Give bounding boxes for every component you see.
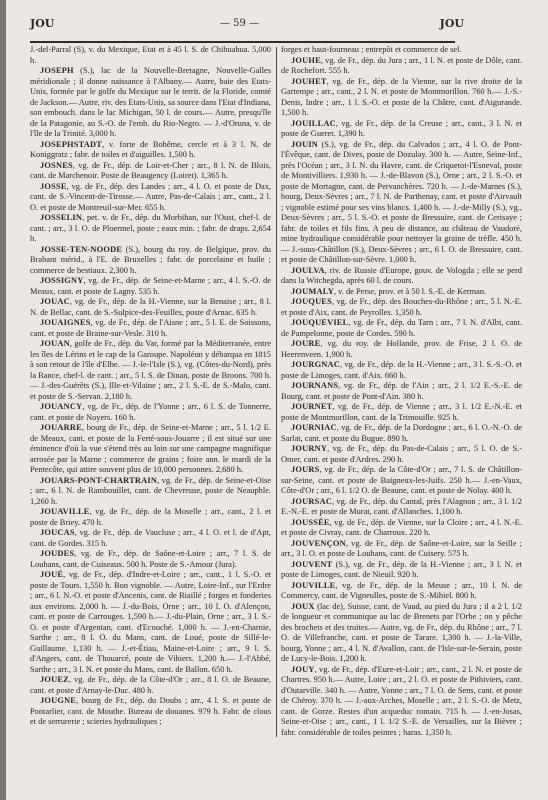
entry-headword: JOUIN — [291, 140, 318, 149]
dictionary-entry: JOUQUEVIEL, vg. de Fr., dép. du Tarn ; a… — [281, 318, 522, 339]
entry-headword: JOUMALY — [291, 287, 334, 296]
entry-headword: JOURE — [291, 339, 320, 348]
entry-headword: JOURNY — [291, 444, 327, 453]
dictionary-entry: JOUANCY, vg. de Fr., dép. de l'Yonne ; a… — [30, 402, 271, 423]
entry-headword: JOUVENÇON — [291, 539, 346, 548]
dictionary-entry: JOUX (lac de), Suisse, cant. de Vaud, au… — [281, 602, 522, 665]
dictionary-entry: JOUAC, vg. de Fr., dép. de la H.-Vienne,… — [30, 297, 271, 318]
entry-headword: JOUHE — [291, 56, 321, 65]
entry-headword: JOUQUEVIEL — [291, 318, 348, 327]
header-rule — [30, 41, 455, 43]
left-running-head: JOU — [30, 17, 54, 30]
entry-headword: JOUÉ — [40, 570, 63, 579]
dictionary-entry: JOUQUES, vg. de Fr., dép. des Bouches-du… — [281, 297, 522, 318]
entry-headword: JOUARRE — [40, 423, 82, 432]
dictionary-entry: J.-del-Parral (S), v. du Mexique, Etat e… — [30, 45, 271, 66]
entry-headword: JOUAN — [40, 339, 70, 348]
dictionary-entry: JOUHET, vg. de Fr., dép. de la Vienne, s… — [281, 77, 522, 119]
entry-headword: JOUAVILLE — [40, 507, 90, 516]
entry-headword: JOURNIAC — [291, 423, 337, 432]
dictionary-entry: JOUILLAC, vg. de Fr., dép. de la Creuse … — [281, 119, 522, 140]
dictionary-entry: JOURS, vg. de Fr., dép. de la Côte-d'Or … — [281, 465, 522, 497]
entry-headword: JOUVILLE — [291, 581, 335, 590]
column-divider — [276, 47, 277, 737]
dictionary-entry: JOURNET, vg. de Fr., dép. de Vienne ; ar… — [281, 402, 522, 423]
dictionary-entry: JOUCAS, vg. de Fr., dép. de Vaucluse ; a… — [30, 528, 271, 549]
dictionary-entry: JOUGNE, bourg de Fr., dép. du Doubs ; ar… — [30, 696, 271, 728]
entry-headword: JOUAC — [40, 297, 70, 306]
entry-headword: JOSSELIN — [40, 213, 82, 222]
dictionary-entry: JOURNANS, vg. de Fr., dép. de l'Ain ; ar… — [281, 381, 522, 402]
dictionary-entry: JOUY, vg. de Fr., dép. d'Eure-et-Loir ; … — [281, 665, 522, 739]
dictionary-entry: JOSSELIN, pet. v. de Fr., dép. du Morbih… — [30, 213, 271, 245]
dictionary-entry: JOSSIGNY, vg. de Fr., dép. de Seine-et-M… — [30, 276, 271, 297]
dictionary-entry: JOSEPH (S.), lac de la Nouvelle-Bretagne… — [30, 66, 271, 140]
entry-headword: JOUY — [291, 665, 315, 674]
entry-text: , vg. de Fr., dép. des Landes ; arr., 4 … — [30, 182, 271, 212]
dictionary-entry: JOUAIGNES, vg. de Fr., dép. de l'Aisne ;… — [30, 318, 271, 339]
entry-headword: JOURSAC — [291, 497, 332, 506]
entry-text: forges et haut-fourneau ; entrepôt et co… — [281, 45, 462, 54]
entry-text: (S.), vg. de Fr., dép. du Calvados ; arr… — [281, 140, 522, 265]
entry-text: , v. de Perse, prov. et à 50 l. S.-E. de… — [334, 287, 486, 296]
dictionary-entry: JOURNY, vg. de Fr., dép. du Pas-de-Calai… — [281, 444, 522, 465]
dictionary-entry: JOUEZ, vg. de Fr., dép. de la Côte-d'Or … — [30, 675, 271, 696]
dictionary-entry: JOUIN (S.), vg. de Fr., dép. du Calvados… — [281, 140, 522, 266]
dictionary-entry: JOURGNAC, vg. de Fr., dép. de la H.-Vien… — [281, 360, 522, 381]
dictionary-entry: JOSEPHSTADT, v. forte de Bohême, cercle … — [30, 140, 271, 161]
dictionary-entry: JOUARRE, bourg de Fr., dép. de Seine-et-… — [30, 423, 271, 476]
dictionary-entry: JOURSAC, vg. de Fr., dép. du Cantal, prè… — [281, 497, 522, 518]
entry-headword: JOUDES — [40, 549, 74, 558]
entry-headword: JOSSE-TEN-NOODE — [40, 245, 122, 254]
entry-headword: JOSEPHSTADT — [40, 140, 102, 149]
entry-headword: JOURNANS — [291, 381, 338, 390]
entry-headword: JOUVENT — [291, 560, 332, 569]
left-column: J.-del-Parral (S), v. du Mexique, Etat e… — [30, 45, 271, 728]
entry-headword: JOURNET — [291, 402, 332, 411]
entry-headword: JOUAIGNES — [40, 318, 91, 327]
entry-headword: JOUX — [291, 602, 315, 611]
dictionary-entry: JOUDES, vg. de Fr., dép. de Saône-et-Loi… — [30, 549, 271, 570]
page-number: — 59 — — [220, 18, 259, 29]
right-column: forges et haut-fourneau ; entrepôt et co… — [281, 45, 522, 738]
entry-headword: JOUCAS — [40, 528, 75, 537]
entry-headword: JOURS — [291, 465, 319, 474]
entry-headword: JOUEZ — [40, 675, 69, 684]
entry-headword: JOULVA — [291, 266, 325, 275]
entry-text: J.-del-Parral (S), v. du Mexique, Etat e… — [30, 45, 271, 65]
dictionary-entry: JOSNES, vg. de Fr., dép. de Loir-et-Cher… — [30, 161, 271, 182]
dictionary-entry: JOULVA, riv. de Russie d'Europe, gouv. d… — [281, 266, 522, 287]
entry-headword: JOURGNAC — [291, 360, 340, 369]
dictionary-entry: JOURE, vg. du roy. de Hollande, prov. de… — [281, 339, 522, 360]
dictionary-entry: JOSSE-TEN-NOODE (S.), bourg du roy. de B… — [30, 245, 271, 277]
entry-headword: JOUHET — [291, 77, 327, 86]
dictionary-entry: JOUVENT (S.), vg. de Fr., dép. de la H.-… — [281, 560, 522, 581]
dictionary-entry: JOUÉ, vg. de Fr., dép. d'Indre-et-Loire … — [30, 570, 271, 675]
dictionary-entry: JOUAN, golfe de Fr., dép. du Var, formé … — [30, 339, 271, 402]
entry-text: (lac de), Suisse, cant. de Vaud, au pied… — [281, 602, 522, 664]
entry-headword: JOUILLAC — [291, 119, 336, 128]
entry-headword: JOSNES — [40, 161, 73, 170]
dictionary-entry: JOSSE, vg. de Fr., dép. des Landes ; arr… — [30, 182, 271, 214]
entry-headword: JOUARS-PONT-CHARTRAIN — [40, 476, 157, 485]
right-running-head: JOU — [440, 17, 464, 30]
entry-text: , golfe de Fr., dép. du Var, formé par l… — [30, 339, 271, 401]
entry-headword: JOSSIGNY — [40, 276, 84, 285]
entry-text: , vg. de Fr., dép. d'Indre-et-Loire ; ar… — [30, 570, 271, 674]
dictionary-entry: JOUVILLE, vg. de Fr., dép. de la Meuse ;… — [281, 581, 522, 602]
dictionary-entry: JOUARS-PONT-CHARTRAIN, vg. de Fr., dép. … — [30, 476, 271, 508]
running-header: JOU — 59 — JOU — [30, 17, 464, 31]
dictionary-entry: JOURNIAC, vg. de Fr., dép. de la Dordogn… — [281, 423, 522, 444]
dictionary-entry: JOUVENÇON, vg. de Fr., dép. de Saône-et-… — [281, 539, 522, 560]
entry-text: , vg. de Fr., dép. d'Eure-et-Loir ; arr.… — [281, 665, 522, 737]
entry-headword: JOSSE — [40, 182, 67, 191]
entry-headword: JOSEPH — [40, 66, 74, 75]
dictionary-entry: JOUHE, vg. de Fr., dép. du Jura ; arr., … — [281, 56, 522, 77]
entry-headword: JOUQUES — [291, 297, 332, 306]
dictionary-entry: JOUSSÉE, vg. de Fr., dép. de Vienne, sur… — [281, 518, 522, 539]
entry-text: (S.), lac de la Nouvelle-Bretagne, Nouve… — [30, 66, 271, 138]
dictionary-entry: JOUMALY, v. de Perse, prov. et à 50 l. S… — [281, 287, 522, 298]
entry-headword: JOUGNE — [40, 696, 76, 705]
dictionary-entry: JOUAVILLE, vg. de Fr., dép. de la Mosell… — [30, 507, 271, 528]
entry-headword: JOUANCY — [40, 402, 82, 411]
entry-headword: JOUSSÉE — [291, 518, 330, 527]
dictionary-entry: forges et haut-fourneau ; entrepôt et co… — [281, 45, 522, 56]
